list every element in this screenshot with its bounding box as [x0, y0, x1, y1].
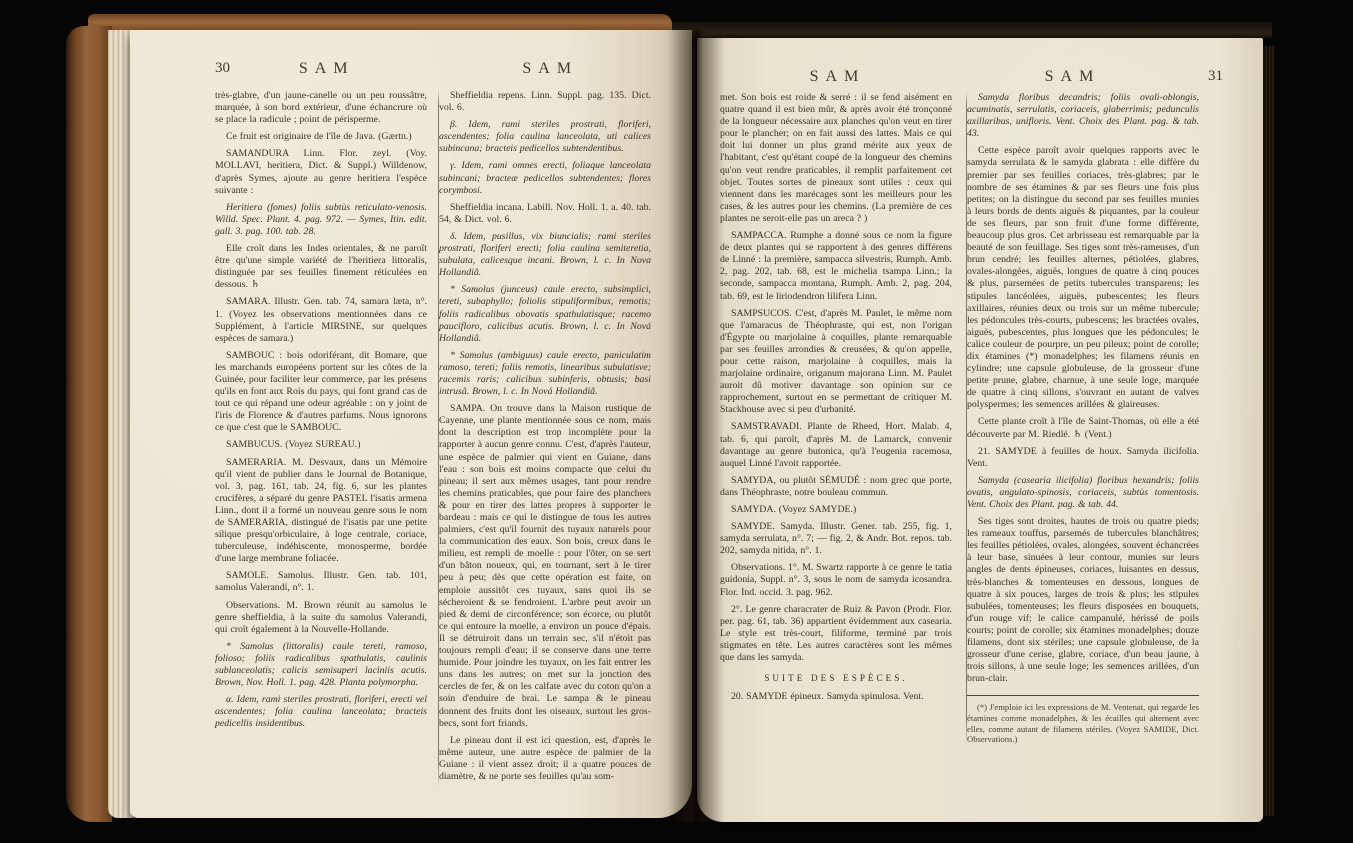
paragraph: Elle croît dans les Indes orientales, & … — [215, 243, 427, 291]
paragraph: γ. Idem, rami omnes erecti, foliaque lan… — [439, 160, 651, 196]
paragraph: SAMOLE. Samolus. Illustr. Gen. tab. 101,… — [215, 570, 427, 594]
paragraph: * Samolus (ambiguus) caule erecto, panic… — [439, 350, 651, 398]
paragraph: Cette plante croît à l'île de Saint-Thom… — [967, 416, 1199, 440]
paragraph: SAMBOUC : bois odoriférant, dit Bomare, … — [215, 350, 427, 435]
paragraph: Sheffieldia incana. Labill. Nov. Holl. 1… — [439, 202, 651, 226]
paragraph: Observations. 1°. M. Swartz rapporte à c… — [720, 562, 952, 598]
page-edge-stack-right — [1262, 46, 1274, 816]
paragraph: * Samolus (littoralis) caule tereti, ram… — [215, 641, 427, 689]
footnote: (*) J'emploie ici les expressions de M. … — [967, 702, 1199, 744]
paragraph: SAMARA. Illustr. Gen. tab. 74, samara læ… — [215, 296, 427, 344]
paragraph: SAMANDURA Linn. Flor. zeyl. (Voy. MOLLAV… — [215, 148, 427, 196]
text-block-left: très-glabre, d'un jaune-canelle ou un pe… — [215, 90, 662, 788]
paragraph: SAMERARIA. M. Desvaux, dans un Mémoire q… — [215, 457, 427, 566]
running-head-right-col2: SAM — [955, 68, 1190, 94]
footnote-rule — [967, 695, 1199, 696]
paragraph: Cette espèce paroît avoir quelques rappo… — [967, 145, 1199, 411]
page31-column-2-text: Samyda floribus decandris; foliis ovali-… — [967, 92, 1199, 685]
running-head-left-col1: SAM — [215, 60, 439, 86]
paragraph: δ. Idem, pusillus, vix biuncialis; rami … — [439, 231, 651, 279]
paragraph: SAMYDE. Samyda. Illustr. Gener. tab. 255… — [720, 521, 952, 557]
paragraph: SAMPA. On trouve dans la Maison rustique… — [439, 403, 651, 730]
page30-column-1: très-glabre, d'un jaune-canelle ou un pe… — [215, 90, 438, 788]
paragraph: SAMSTRAVADI. Plante de Rheed, Hort. Mala… — [720, 421, 952, 469]
page31-column-1: met. Son bois est roide & serré : il se … — [720, 92, 966, 745]
paragraph: 21. SAMYDE à feuilles de houx. Samyda il… — [967, 446, 1199, 470]
paragraph: SUITE DES ESPÈCES. — [720, 672, 952, 684]
paragraph: Heritiera (fomes) foliis subtùs reticula… — [215, 202, 427, 238]
paragraph: SAMPSUCOS. C'est, d'après M. Paulet, le … — [720, 308, 952, 417]
paragraph: Ce fruit est originaire de l'île de Java… — [215, 131, 427, 143]
paragraph: SAMYDA. (Voyez SAMYDE.) — [720, 504, 952, 516]
paragraph: α. Idem, rami steriles prostrati, florif… — [215, 694, 427, 730]
text-block-right: met. Son bois est roide & serré : il se … — [720, 92, 1213, 745]
paragraph: Ses tiges sont droites, hautes de trois … — [967, 516, 1199, 685]
page31-column-2: Samyda floribus decandris; foliis ovali-… — [967, 92, 1213, 745]
paragraph: Samyda (casearia ilicifolia) floribus he… — [967, 475, 1199, 511]
paragraph: SAMBUCUS. (Voyez SUREAU.) — [215, 439, 427, 451]
running-head-left: SAM SAM — [215, 60, 662, 86]
paragraph: β. Idem, rami steriles prostrati, florif… — [439, 119, 651, 155]
book-spine — [66, 26, 112, 822]
page-right: 31 SAM SAM met. Son bois est roide & ser… — [697, 38, 1263, 822]
paragraph: Observations. M. Brown réunit au samolus… — [215, 600, 427, 636]
running-head-right-col1: SAM — [720, 68, 955, 94]
paragraph: 2°. Le genre characrater de Ruiz & Pavon… — [720, 604, 952, 664]
page-number-right: 31 — [1208, 68, 1223, 85]
page-left: 30 SAM SAM très-glabre, d'un jaune-canel… — [130, 30, 692, 818]
page30-column-2: Sheffieldia repens. Linn. Suppl. pag. 13… — [439, 90, 662, 788]
paragraph: SAMYDA, ou plutôt SÉMUDÉ : nom grec que … — [720, 475, 952, 499]
paragraph: 20. SAMYDE épineux. Samyda spinulosa. Ve… — [720, 691, 952, 703]
paragraph: * Samolus (junceus) caule erecto, subsim… — [439, 284, 651, 344]
book-top-edge-right — [672, 22, 1272, 38]
running-head-left-col2: SAM — [439, 60, 663, 86]
paragraph: Sheffieldia repens. Linn. Suppl. pag. 13… — [439, 90, 651, 114]
running-head-right: SAM SAM — [720, 68, 1190, 94]
paragraph: très-glabre, d'un jaune-canelle ou un pe… — [215, 90, 427, 126]
paragraph: Samyda floribus decandris; foliis ovali-… — [967, 92, 1199, 140]
paragraph: met. Son bois est roide & serré : il se … — [720, 92, 952, 225]
paragraph: Le pineau dont il est ici question, est,… — [439, 735, 651, 783]
paragraph: SAMPACCA. Rumphe a donné sous ce nom la … — [720, 230, 952, 303]
